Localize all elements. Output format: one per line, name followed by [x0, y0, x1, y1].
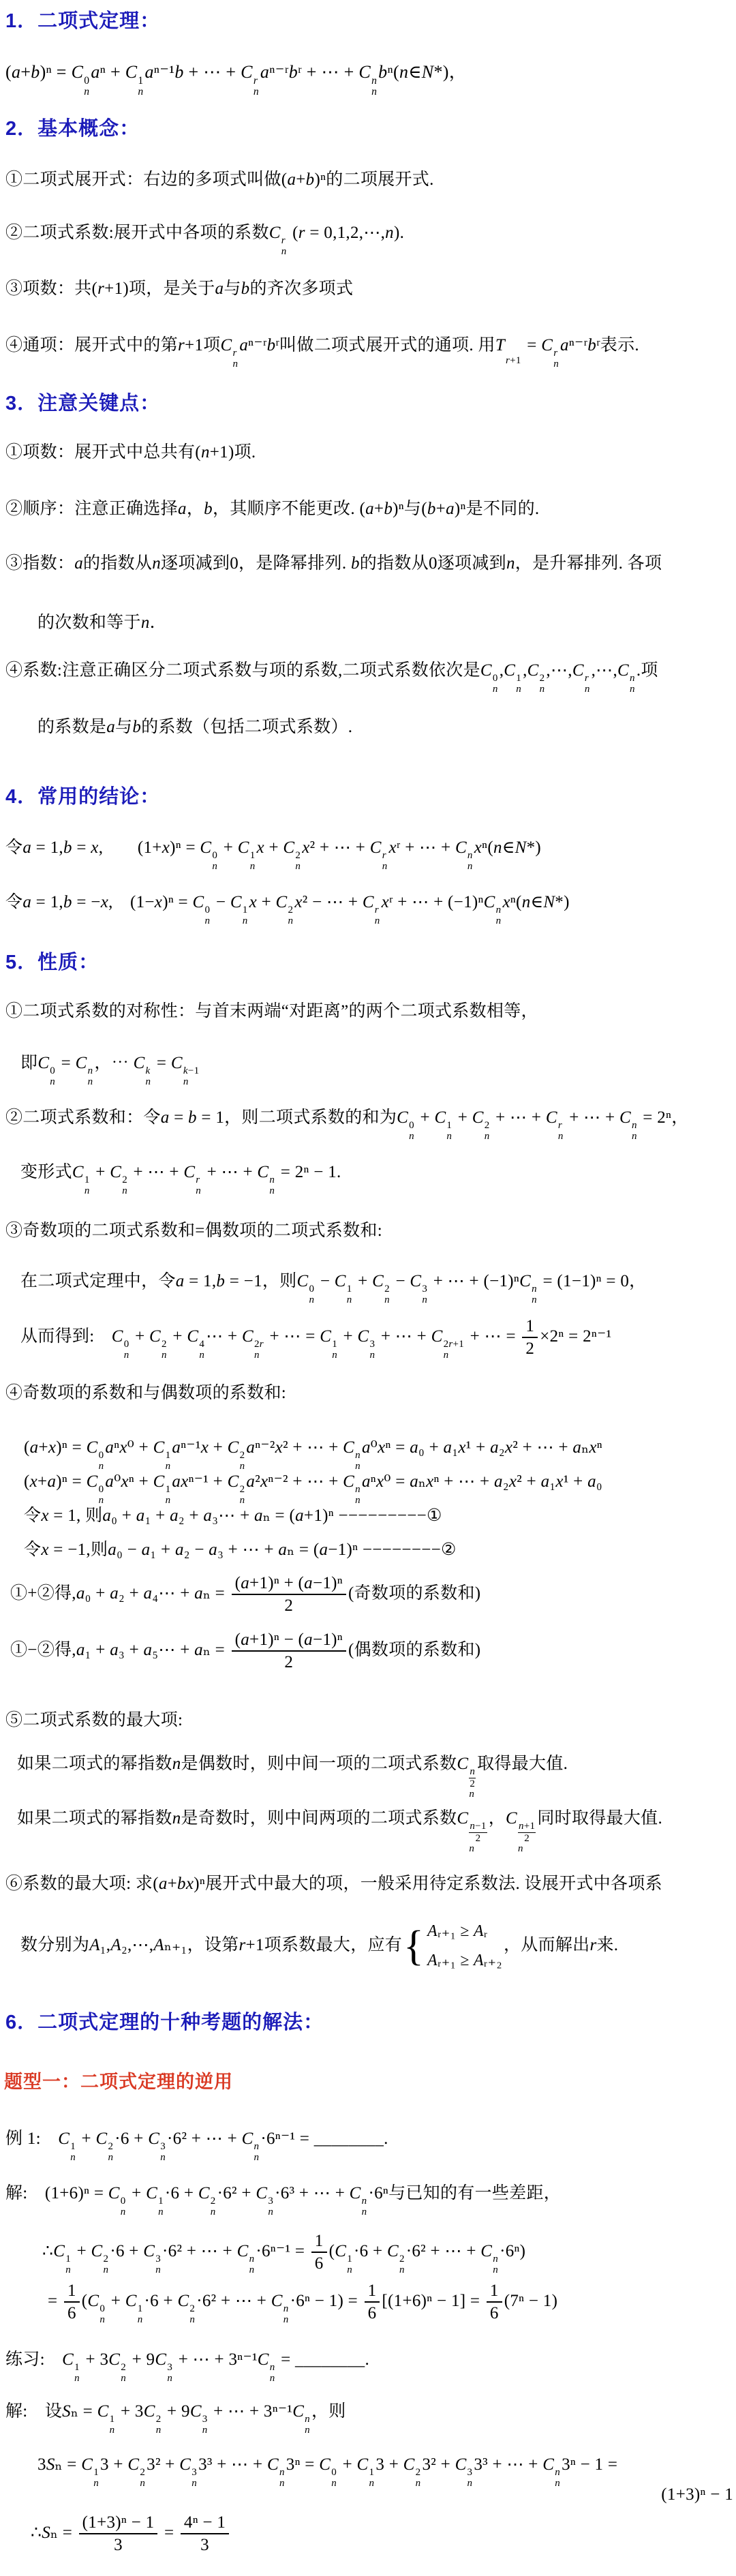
- section1-heading: 1．二项式定理：: [5, 5, 160, 33]
- practice-solution-line2: 3Sₙ = C1n3 + C2n3² + C3n3³ + ⋯ + Cnn3ⁿ =…: [37, 2453, 617, 2489]
- property-symmetry: ①二项式系数的对称性：与首末两端“对距离”的两个二项式系数相等，: [5, 999, 538, 1023]
- section4-heading: 4．常用的结论：: [5, 781, 160, 809]
- practice-solution-line4: ∴Sₙ = (1+3)ⁿ − 13 = 4ⁿ − 13: [31, 2512, 231, 2556]
- property-coeff-odd-even-heading: ④奇数项的系数和与偶数项的系数和:: [5, 1381, 286, 1405]
- concept-general-term: ④通项：展开式中的第r+1项Crnaⁿ⁻ʳbʳ叫做二项式展开式的通项. 用Tr+…: [5, 333, 639, 370]
- document-page: 1．二项式定理： (a+b)ⁿ = C0naⁿ + C1naⁿ⁻¹b + ⋯ +…: [0, 0, 736, 2576]
- example1-solution-line2: ∴C1n + C2n·6 + C3n·6² + ⋯ + Cnn·6ⁿ⁻¹ = 1…: [42, 2230, 525, 2276]
- section3-heading: 3．注意关键点：: [5, 388, 160, 416]
- sum-odd-coefficients: ①+②得,a₀ + a₂ + a₄⋯ + aₙ = (a+1)ⁿ + (a−1)…: [10, 1573, 480, 1617]
- expansion-x-plus-a: (x+a)ⁿ = C0na⁰xⁿ + C1naxⁿ⁻¹ + C2na²xⁿ⁻² …: [24, 1470, 602, 1506]
- substitute-x-equals-minus-1: 令x = −1,则a₀ − a₁ + a₂ − a₃ + ⋯ + aₙ = (a…: [24, 1538, 457, 1562]
- concept-coefficient: ②二项式系数:展开式中各项的系数Crn (r = 0,1,2,⋯,n).: [5, 221, 404, 258]
- property-odd-even-derivation: 在二项式定理中，令a = 1,b = −1，则C0n − C1n + C2n −…: [20, 1269, 646, 1306]
- property-max-coeff: ⑥系数的最大项: 求(a+bx)ⁿ展开式中最大的项，一般采用待定系数法. 设展开…: [5, 1872, 662, 1896]
- section6-heading: 6．二项式定理的十种考题的解法：: [5, 2007, 324, 2035]
- example1-solution-line1: 解: (1+6)ⁿ = C0n + C1n·6 + C2n·6² + C3n·6…: [5, 2181, 561, 2218]
- example1-problem: 例 1: C1n + C2n·6 + C3n·6² + ⋯ + Cnn·6ⁿ⁻¹…: [5, 2127, 388, 2164]
- property-coeff-sum-variant: 变形式C1n + C2n + ⋯ + Crn + ⋯ + Cnn = 2ⁿ − …: [20, 1160, 341, 1197]
- property-max-binom-heading: ⑤二项式系数的最大项:: [5, 1708, 183, 1732]
- property-odd-even-heading: ③奇数项的二项式系数和=偶数项的二项式系数和:: [5, 1219, 382, 1243]
- section2-heading: 2．基本概念：: [5, 113, 140, 141]
- keypoint-exponent: ③指数：a的指数从n逐项减到0，是降幂排列. b的指数从0逐项减到n，是升幂排列…: [5, 551, 662, 575]
- conclusion-1-plus-x: 令a = 1,b = x, (1+x)ⁿ = C0n + C1nx + C2nx…: [5, 836, 541, 873]
- property-symmetry-formula: 即C0n = Cnn，⋯ Ckn = Ck−1n: [20, 1051, 200, 1088]
- conclusion-1-minus-x: 令a = 1,b = −x, (1−x)ⁿ = C0n − C1nx + C2n…: [5, 890, 570, 927]
- max-binom-even: 如果二项式的幂指数n是偶数时，则中间一项的二项式系数Cn2n取得最大值.: [17, 1752, 568, 1800]
- sum-even-coefficients: ①−②得,a₁ + a₃ + a₅⋯ + aₙ = (a+1)ⁿ − (a−1)…: [10, 1629, 480, 1673]
- practice-solution-line3: (1+3)ⁿ − 1: [661, 2483, 733, 2506]
- practice-problem: 练习: C1n + 3C2n + 9C3n + ⋯ + 3ⁿ⁻¹Cnn = __…: [5, 2348, 369, 2384]
- max-binom-odd: 如果二项式的幂指数n是奇数时，则中间两项的二项式系数Cn−12n，Cn+12n同…: [17, 1806, 662, 1855]
- property-odd-even-result: 从而得到: C0n + C2n + C4n⋯ + C2rn + ⋯ = C1n …: [20, 1316, 611, 1361]
- substitute-x-equals-1: 令x = 1, 则a₀ + a₁ + a₂ + a₃⋯ + aₙ = (a+1)…: [24, 1504, 442, 1528]
- binomial-theorem-formula: (a+b)ⁿ = C0naⁿ + C1naⁿ⁻¹b + ⋯ + Crnaⁿ⁻ʳb…: [5, 60, 467, 97]
- practice-solution-line1: 解: 设Sₙ = C1n + 3C2n + 9C3n + ⋯ + 3ⁿ⁻¹Cnn…: [5, 2399, 346, 2436]
- property-coeff-sum: ②二项式系数和：令a = b = 1，则二项式系数的和为C0n + C1n + …: [5, 1106, 689, 1142]
- concept-term-count: ③项数：共(r+1)项，是关于a与b的齐次多项式: [5, 277, 353, 301]
- example1-solution-line3: = 16(C0n + C1n·6 + C2n·6² + ⋯ + Cnn·6ⁿ −…: [48, 2280, 557, 2326]
- property-max-coeff-cont: 数分别为A₁,A₂,⋯,Aₙ₊₁，设第r+1项系数最大，应有{Aᵣ₊₁ ≥ Aᵣ…: [20, 1920, 618, 1973]
- keypoint-term-count: ①项数：展开式中总共有(n+1)项.: [5, 440, 256, 464]
- concept-expansion: ①二项式展开式：右边的多项式叫做(a+b)ⁿ的二项展开式.: [5, 168, 434, 192]
- keypoint-exponent-cont: 的次数和等于n．: [37, 611, 167, 635]
- keypoint-order: ②顺序：注意正确选择a，b，其顺序不能更改. (a+b)ⁿ与(b+a)ⁿ是不同的…: [5, 497, 539, 521]
- type1-heading: 题型一：二项式定理的逆用: [4, 2067, 233, 2093]
- expansion-a-plus-x: (a+x)ⁿ = C0naⁿx⁰ + C1naⁿ⁻¹x + C2naⁿ⁻²x² …: [24, 1436, 602, 1472]
- section5-heading: 5．性质：: [5, 947, 99, 975]
- keypoint-coefficient: ④系数:注意正确区分二项式系数与项的系数,二项式系数依次是C0n,C1n,C2n…: [5, 658, 658, 695]
- keypoint-coefficient-cont: 的系数是a与b的系数（包括二项式系数）.: [37, 715, 352, 739]
